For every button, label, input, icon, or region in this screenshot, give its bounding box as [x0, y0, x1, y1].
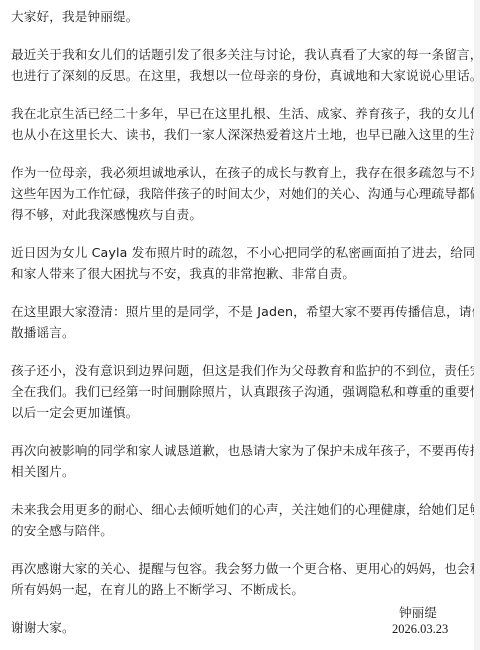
statement-body: 大家好，我是钟丽缇。 最近关于我和女儿们的话题引发了很多关注与讨论，我认真看了大… [11, 6, 466, 650]
paragraph-line: 相关图片。 [11, 461, 466, 482]
paragraph-line: 这些年因为工作忙碌，我陪伴孩子的时间太少，对她们的关心、沟通与心理疏导都做 [11, 183, 466, 204]
paragraph-line: 孩子还小，没有意识到边界问题，但这是我们作为父母教育和监护的不到位，责任完 [11, 360, 466, 381]
paragraph-line: 再次感谢大家的关心、提醒与包容。我会努力做一个更合格、更用心的妈妈，也会和 [11, 558, 466, 579]
paragraph-thanks: 再次感谢大家的关心、提醒与包容。我会努力做一个更合格、更用心的妈妈，也会和 所有… [11, 558, 466, 600]
paragraph-reflection: 最近关于我和女儿们的话题引发了很多关注与讨论，我认真看了大家的每一条留言， 也进… [11, 44, 466, 86]
paragraph-line: 在这里跟大家澄清：照片里的是同学，不是 Jaden，希望大家不要再传播信息，请停… [11, 301, 466, 322]
paragraph-line: 再次向被影响的同学和家人诚恳道歉，也恳请大家为了保护未成年孩子，不要再传播 [11, 440, 466, 461]
paragraph-line: 的安全感与陪伴。 [11, 520, 466, 541]
paragraph-line: 所有妈妈一起，在育儿的路上不断学习、不断成长。 [11, 579, 466, 600]
paragraph-responsibility: 孩子还小，没有意识到边界问题，但这是我们作为父母教育和监护的不到位，责任完 全在… [11, 360, 466, 423]
paragraph-clarification: 在这里跟大家澄清：照片里的是同学，不是 Jaden，希望大家不要再传播信息，请停… [11, 301, 466, 343]
paragraph-line: 作为一位母亲，我必须坦诚地承认，在孩子的成长与教育上，我存在很多疏忽与不足。 [11, 162, 466, 183]
paragraph-incident: 近日因为女儿 Cayla 发布照片时的疏忽，不小心把同学的私密画面拍了进去，给同… [11, 242, 466, 284]
signature-date: 2026.03.23 [392, 622, 448, 637]
paragraph-line: 未来我会用更多的耐心、细心去倾听她们的心声，关注她们的心理健康，给她们足够 [11, 499, 466, 520]
paragraph-beijing-life: 我在北京生活已经二十多年，早已在这里扎根、生活、成家、养育孩子，我的女儿们 也从… [11, 103, 466, 145]
paragraph-line: 和家人带来了很大困扰与不安，我真的非常抱歉、非常自责。 [11, 263, 466, 284]
paragraph-admission: 作为一位母亲，我必须坦诚地承认，在孩子的成长与教育上，我存在很多疏忽与不足。 这… [11, 162, 466, 225]
greeting: 大家好，我是钟丽缇。 [11, 6, 466, 27]
paragraph-line: 我在北京生活已经二十多年，早已在这里扎根、生活、成家、养育孩子，我的女儿们 [11, 103, 466, 124]
statement-page: 大家好，我是钟丽缇。 最近关于我和女儿们的话题引发了很多关注与讨论，我认真看了大… [0, 0, 474, 650]
paragraph-line: 全在我们。我们已经第一时间删除照片，认真跟孩子沟通，强调隐私和尊重的重要性， [11, 381, 466, 402]
paragraph-line: 得不够，对此我深感愧疚与自责。 [11, 204, 466, 225]
paragraph-line: 也进行了深刻的反思。在这里，我想以一位母亲的身份，真诚地和大家说说心里话。 [11, 65, 466, 86]
paragraph-apology: 再次向被影响的同学和家人诚恳道歉，也恳请大家为了保护未成年孩子，不要再传播 相关… [11, 440, 466, 482]
paragraph-line: 散播谣言。 [11, 322, 466, 343]
paragraph-line: 近日因为女儿 Cayla 发布照片时的疏忽，不小心把同学的私密画面拍了进去，给同… [11, 242, 466, 263]
greeting-line: 大家好，我是钟丽缇。 [11, 6, 466, 27]
paragraph-line: 最近关于我和女儿们的话题引发了很多关注与讨论，我认真看了大家的每一条留言， [11, 44, 466, 65]
paragraph-future: 未来我会用更多的耐心、细心去倾听她们的心声，关注她们的心理健康，给她们足够 的安… [11, 499, 466, 541]
signature-name: 钟丽缇 [399, 602, 437, 621]
paragraph-line: 以后一定会更加谨慎。 [11, 402, 466, 423]
paragraph-line: 也从小在这里长大、读书，我们一家人深深热爱着这片土地，也早已融入这里的生活。 [11, 124, 466, 145]
page-edge-strip [474, 0, 480, 650]
